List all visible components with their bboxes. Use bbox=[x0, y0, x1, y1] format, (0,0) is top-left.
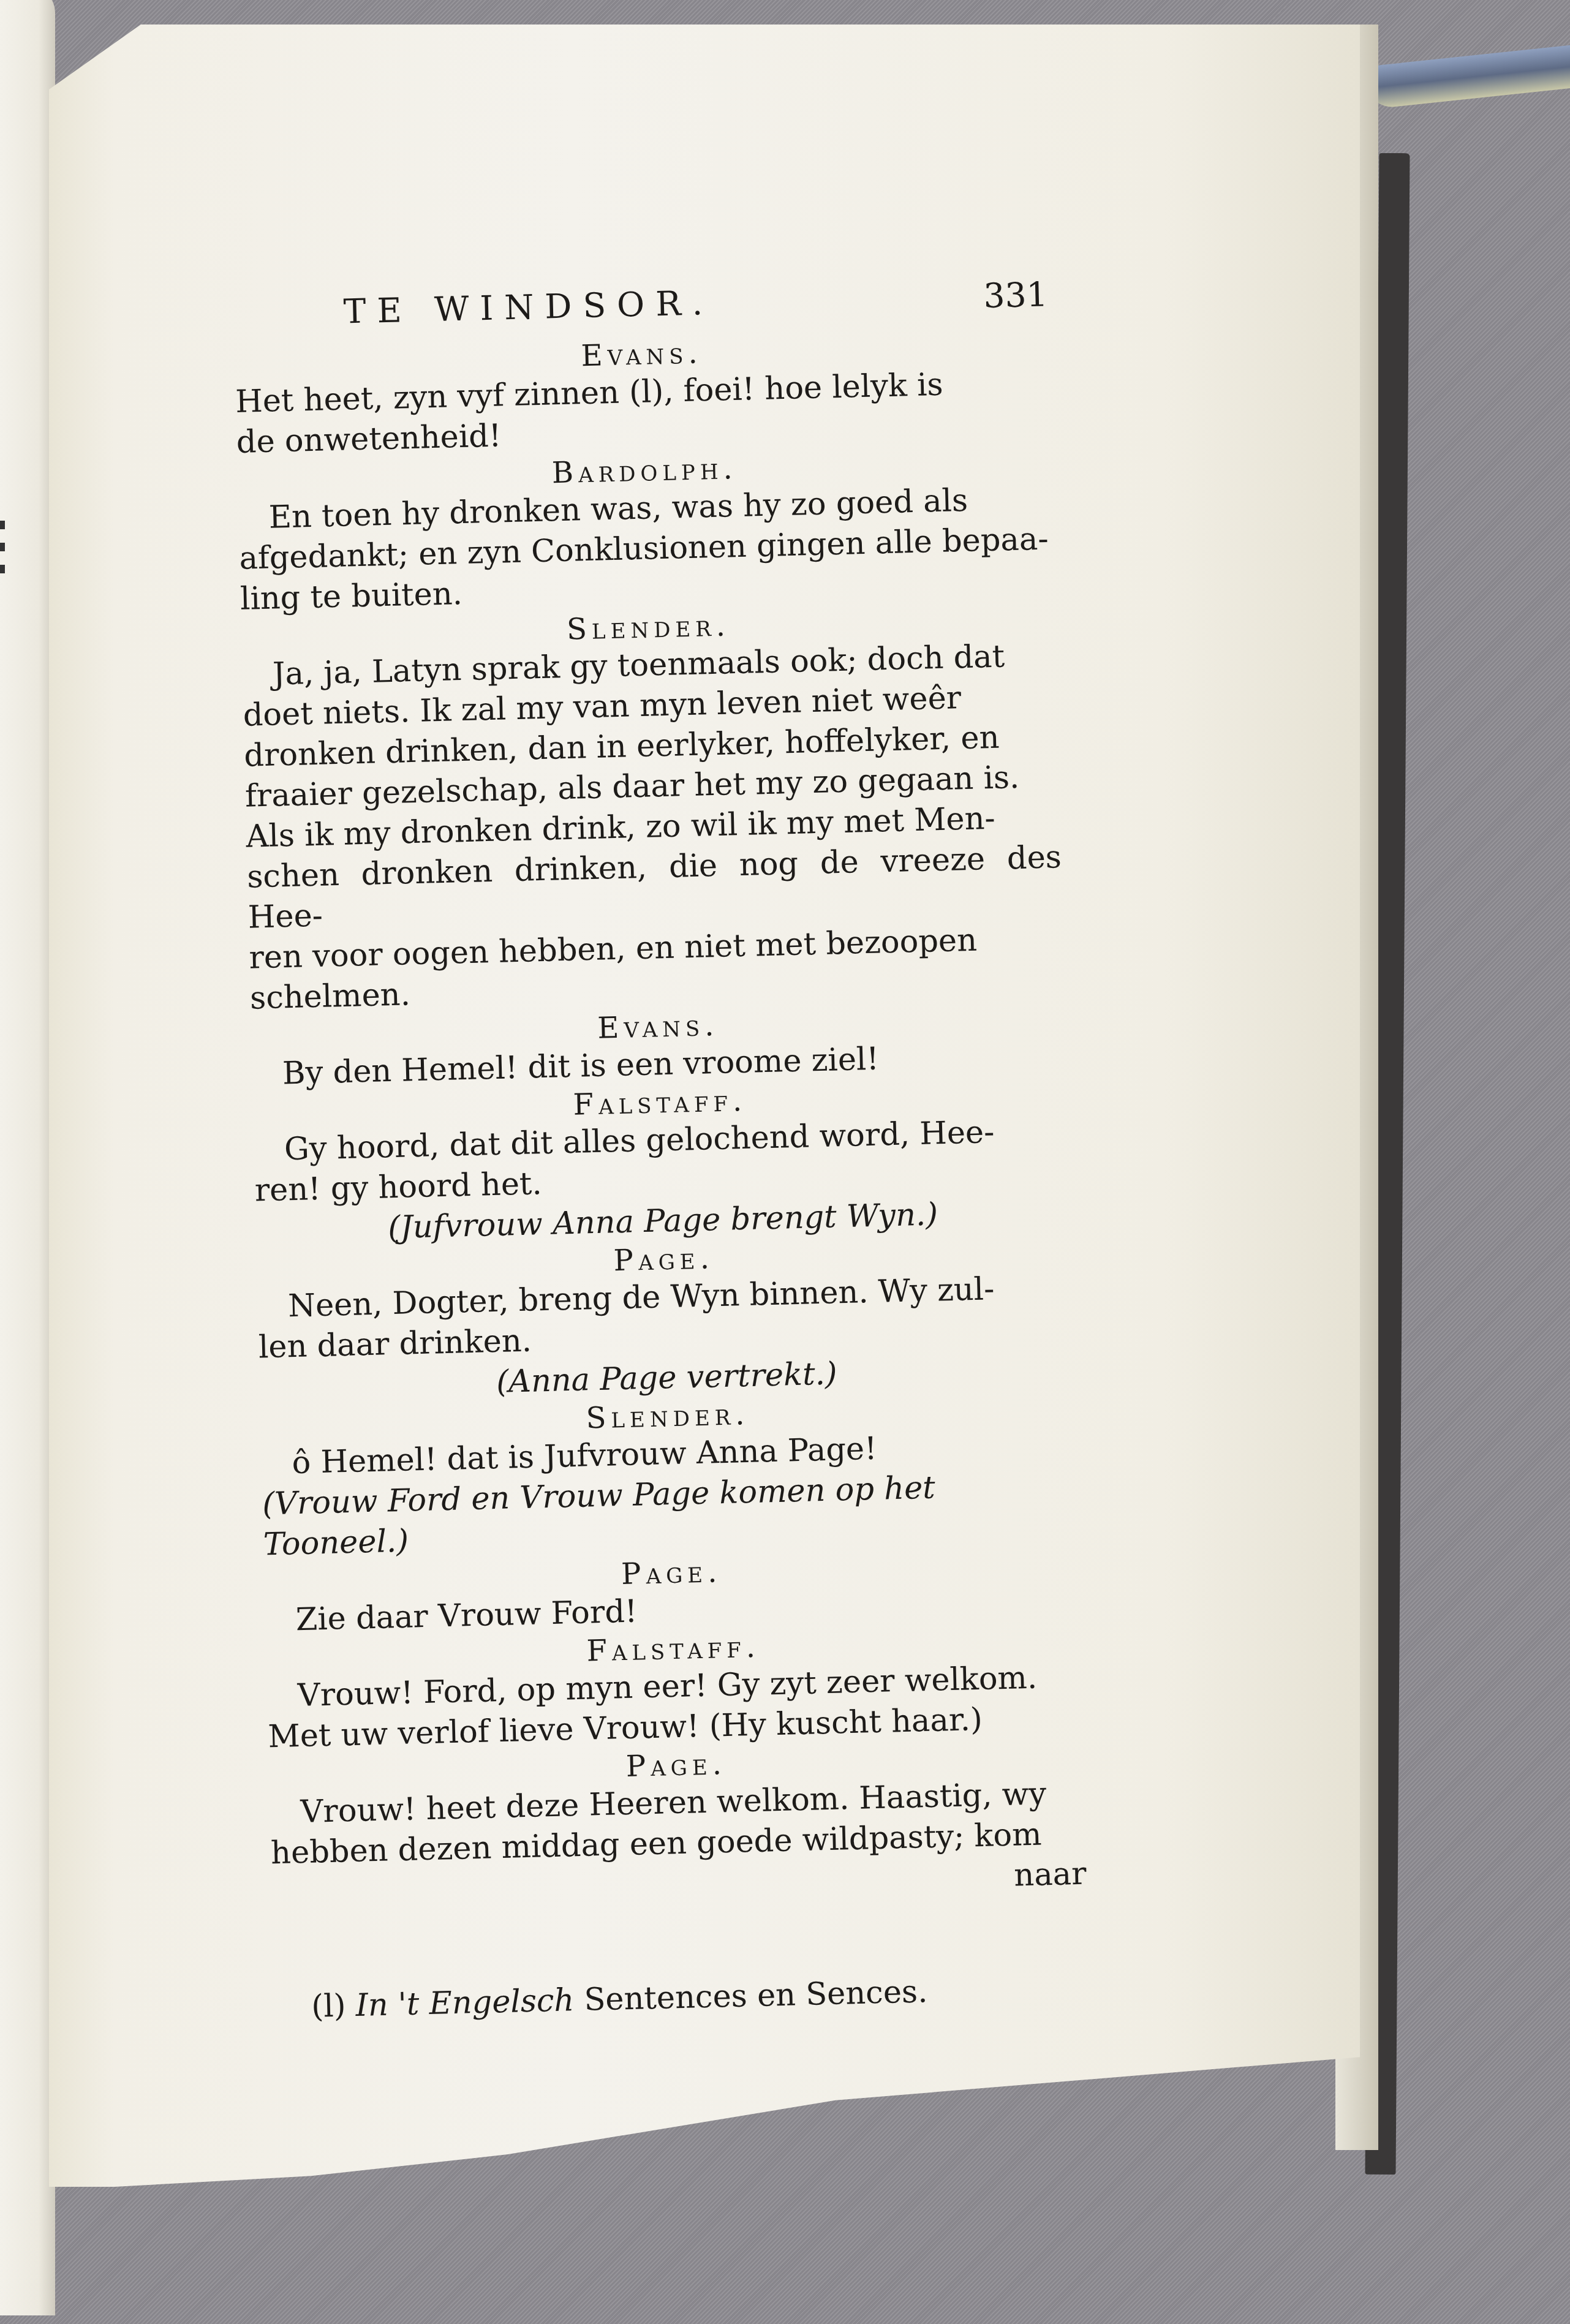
page-text: TE WINDSOR. 331 Evans. Het heet, zyn vyf… bbox=[233, 274, 1090, 2029]
running-title: TE WINDSOR. bbox=[343, 282, 714, 332]
footnote-marker: (l) bbox=[311, 1988, 347, 2024]
facing-left-page bbox=[0, 0, 55, 2315]
speech: En toen hy dronken was, was hy zo goed a… bbox=[238, 478, 1055, 619]
footnote-text: Sentences en Sences. bbox=[584, 1974, 928, 2018]
left-page-text-fragments bbox=[0, 521, 6, 587]
bookmark-ribbon bbox=[1364, 43, 1570, 109]
page-number: 331 bbox=[983, 274, 1049, 317]
speech: Ja, ja, Latyn sprak gy toenmaals ook; do… bbox=[241, 635, 1065, 1019]
footnote-italic: In 't Engelsch bbox=[355, 1982, 575, 2024]
